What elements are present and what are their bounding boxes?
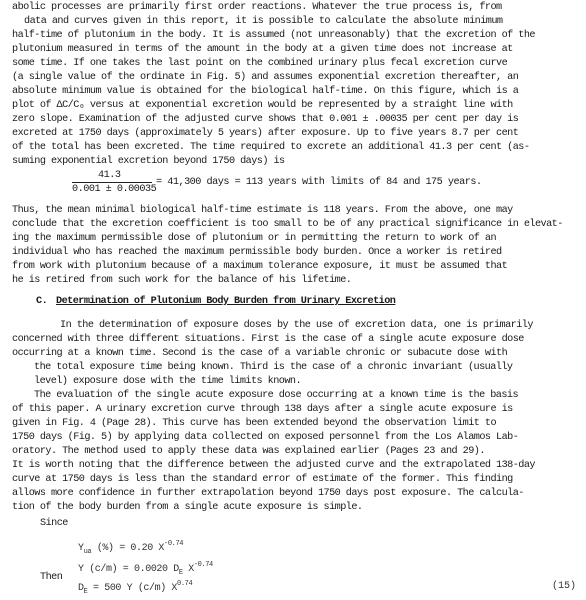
paragraph3-line: occurring at a known time. Second is the…	[12, 348, 507, 360]
paragraph2-line: from work with plutonium because of a ma…	[12, 261, 507, 273]
paragraph4-line: 1750 days (Fig. 5) by applying data coll…	[12, 432, 518, 444]
paragraph2-line: conclude that the excretion coefficient …	[12, 219, 563, 231]
equation-body-burden: DE = 500 Y (c/m) X0.74	[78, 580, 192, 596]
paragraph1-line: excreted at 1750 days (approximately 5 y…	[12, 128, 518, 140]
document-page: abolic processes are primarily first ord…	[0, 0, 586, 600]
equation-counts-per-minute: Y (c/m) = 0.0020 DE X-0.74	[78, 561, 213, 577]
paragraph1-line: absolute minimum value is obtained for t…	[12, 86, 518, 98]
paragraph4-line: It is worth noting that the difference b…	[12, 460, 535, 472]
paragraph1-line: abolic processes are primarily first ord…	[12, 2, 502, 14]
paragraph3-line: In the determination of exposure doses b…	[60, 320, 533, 332]
paragraph3-line: the total exposure time being known. Thi…	[34, 362, 512, 374]
equation-urinary-percent: Yua (%) = 0.20 X-0.74	[78, 540, 183, 556]
paragraph2-line: ing the maximum permissible dose of plut…	[12, 233, 496, 245]
fraction-bar	[72, 182, 152, 183]
paragraph1-line: half-time of plutonium in the body. It i…	[12, 30, 535, 42]
section-letter: C.	[36, 296, 47, 308]
paragraph4-line: curve at 1750 days is less than the stan…	[12, 474, 513, 486]
section-title: Determination of Plutonium Body Burden f…	[56, 296, 395, 308]
paragraph4-line: given in Fig. 4 (Page 28). This curve ha…	[12, 418, 496, 430]
paragraph1-line: suming exponential excretion beyond 1750…	[12, 156, 285, 168]
paragraph1-line: of the total has been excreted. The time…	[12, 142, 529, 154]
paragraph3-line: concerned with three different situation…	[12, 334, 524, 346]
paragraph4-line: oratory. The method used to apply these …	[12, 446, 485, 458]
then-label: Then	[40, 572, 62, 584]
equation1-numerator: 41.3	[98, 170, 120, 181]
paragraph4-line: The evaluation of the single acute expos…	[34, 390, 518, 402]
paragraph2-line: he is retired from such work for the bal…	[12, 275, 351, 287]
equation1-result: = 41,300 days = 113 years with limits of…	[156, 177, 482, 188]
paragraph1-line: some time. If one takes the last point o…	[12, 58, 507, 70]
paragraph1-line: plot of ΔC/C₀ versus at exponential excr…	[12, 100, 513, 112]
paragraph2-line: individual who has reached the maximum p…	[12, 247, 502, 259]
paragraph4-line: of this paper. A urinary excretion curve…	[12, 404, 513, 416]
paragraph1-line: data and curves given in this report, it…	[24, 16, 502, 28]
paragraph1-line: plutonium measured in terms of the amoun…	[12, 44, 513, 56]
paragraph4-line: tion of the body burden from a single ac…	[12, 502, 363, 514]
paragraph1-line: (a single value of the ordinate in Fig. …	[12, 72, 518, 84]
paragraph1-line: zero slope. Examination of the adjusted …	[12, 114, 518, 126]
equation1-denominator: 0.001 ± 0.00035	[72, 184, 156, 195]
equation-number: (15)	[552, 581, 576, 592]
paragraph2-line: Thus, the mean minimal biological half-t…	[12, 205, 513, 217]
since-label: Since	[40, 518, 68, 530]
paragraph3-line: level) exposure dose with the time limit…	[34, 376, 301, 388]
paragraph4-line: allows more confidence in further extrap…	[12, 488, 524, 500]
